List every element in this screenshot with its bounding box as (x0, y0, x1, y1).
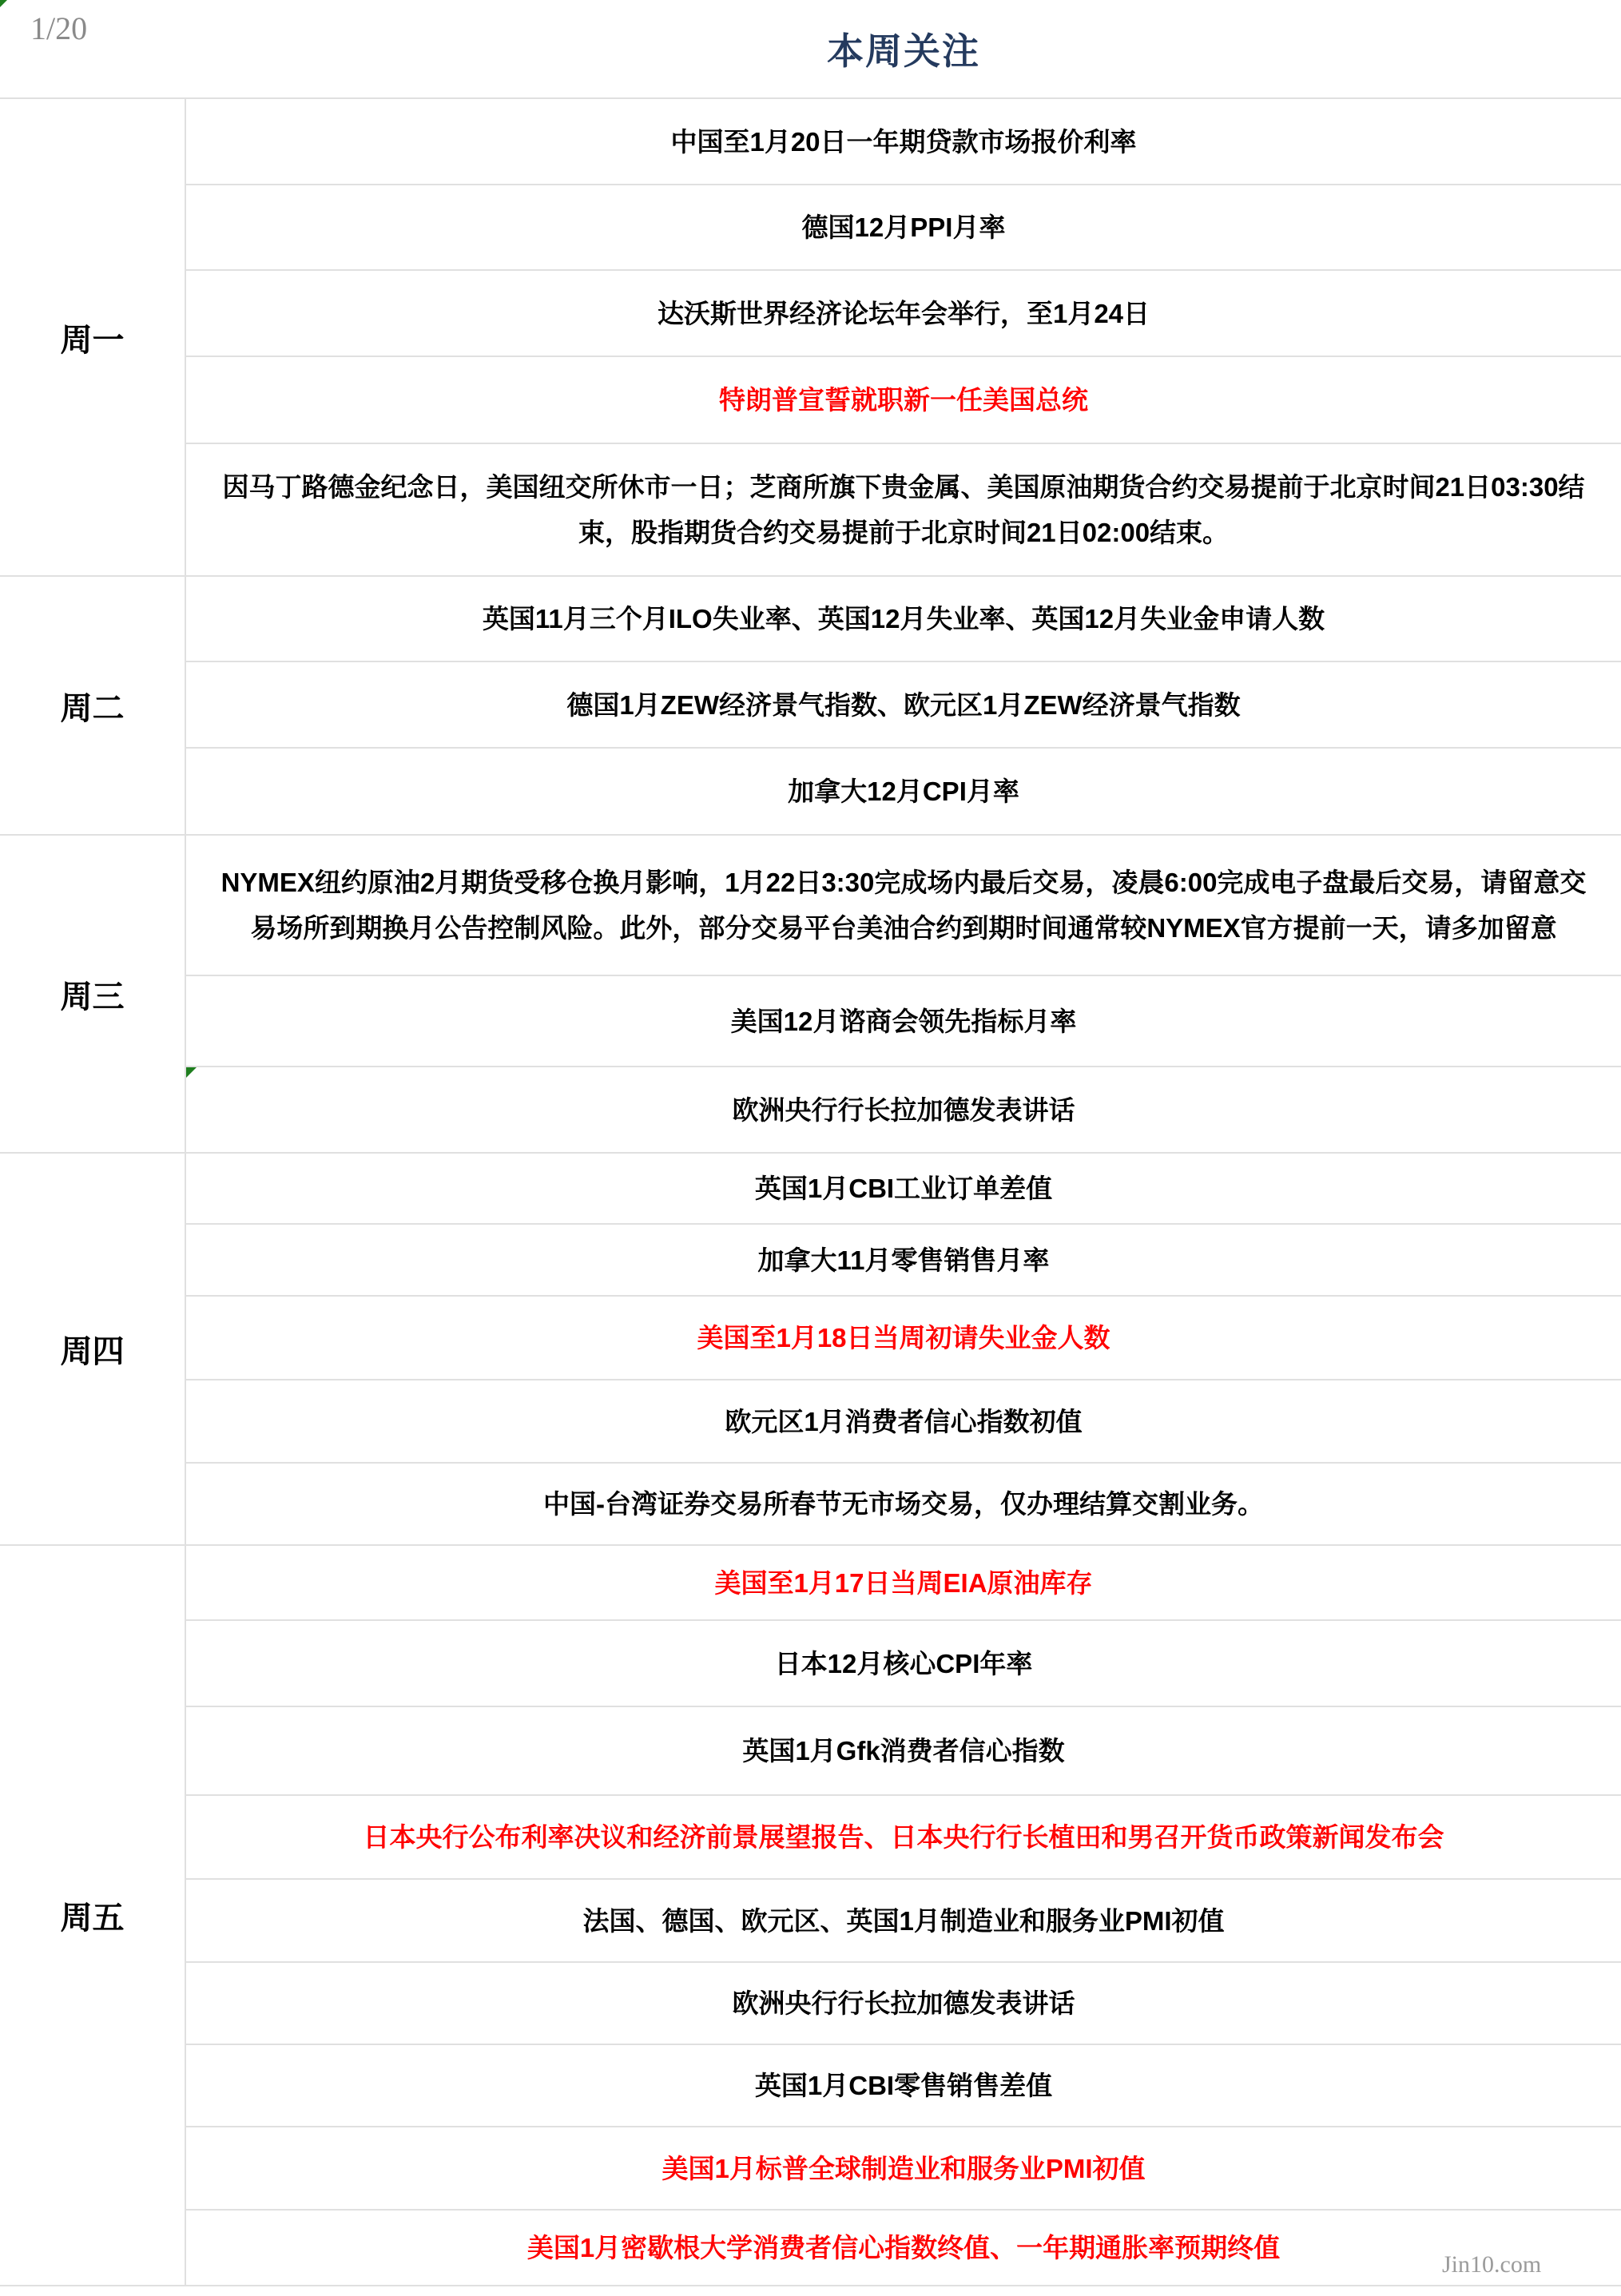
event-row: 达沃斯世界经济论坛年会举行，至1月24日 (186, 271, 1621, 357)
event-text: 英国1月Gfk消费者信心指数 (742, 1728, 1064, 1774)
event-text: 英国11月三个月ILO失业率、英国12月失业率、英国12月失业金申请人数 (483, 596, 1325, 642)
day-section-wednesday: 周三 NYMEX纽约原油2月期货受移仓换月影响，1月22日3:30完成场内最后交… (0, 836, 1621, 1154)
event-row: 英国1月CBI工业订单差值 (186, 1154, 1621, 1225)
event-row: 德国12月PPI月率 (186, 185, 1621, 271)
event-row: 欧洲央行行长拉加德发表讲话 (186, 1067, 1621, 1152)
events-column: 美国至1月17日当周EIA原油库存 日本12月核心CPI年率 英国1月Gfk消费… (186, 1546, 1621, 2285)
event-row: 加拿大11月零售销售月率 (186, 1225, 1621, 1297)
events-column: 英国11月三个月ILO失业率、英国12月失业率、英国12月失业金申请人数 德国1… (186, 577, 1621, 834)
event-text: 法国、德国、欧元区、英国1月制造业和服务业PMI初值 (582, 1898, 1224, 1944)
event-text-highlighted: 日本央行公布利率决议和经济前景展望报告、日本央行行长植田和男召开货币政策新闻发布… (364, 1814, 1444, 1860)
event-text-highlighted: 美国至1月18日当周初请失业金人数 (697, 1315, 1110, 1361)
day-section-thursday: 周四 英国1月CBI工业订单差值 加拿大11月零售销售月率 美国至1月18日当周… (0, 1154, 1621, 1546)
event-text: 中国至1月20日一年期贷款市场报价利率 (670, 119, 1136, 165)
day-section-tuesday: 周二 英国11月三个月ILO失业率、英国12月失业率、英国12月失业金申请人数 … (0, 577, 1621, 836)
event-row: 美国12月谘商会领先指标月率 (186, 976, 1621, 1067)
event-text: 日本12月核心CPI年率 (775, 1641, 1033, 1686)
event-text-highlighted: 美国1月标普全球制造业和服务业PMI初值 (662, 2146, 1145, 2191)
event-row: 因马丁路德金纪念日，美国纽交所休市一日；芝商所旗下贵金属、美国原油期货合约交易提… (186, 444, 1621, 575)
event-text: 英国1月CBI工业订单差值 (755, 1166, 1052, 1211)
page-number: 1/20 (30, 10, 87, 47)
event-row: 欧洲央行行长拉加德发表讲话 (186, 1963, 1621, 2045)
event-text: 欧洲央行行长拉加德发表讲话 (733, 1087, 1075, 1133)
day-label-friday: 周五 (0, 1546, 186, 2285)
day-label-tuesday: 周二 (0, 577, 186, 834)
event-row: 特朗普宣誓就职新一任美国总统 (186, 357, 1621, 444)
event-text: 欧洲央行行长拉加德发表讲话 (733, 1980, 1075, 2026)
event-row: 美国至1月18日当周初请失业金人数 (186, 1297, 1621, 1380)
event-row: 法国、德国、欧元区、英国1月制造业和服务业PMI初值 (186, 1880, 1621, 1963)
event-text: 加拿大11月零售销售月率 (758, 1237, 1050, 1283)
site-watermark: Jin10.com (1442, 2251, 1541, 2278)
event-text: 加拿大12月CPI月率 (788, 769, 1019, 814)
event-row: 日本央行公布利率决议和经济前景展望报告、日本央行行长植田和男召开货币政策新闻发布… (186, 1796, 1621, 1880)
day-label-monday: 周一 (0, 99, 186, 575)
event-text: 中国-台湾证券交易所春节无市场交易，仅办理结算交割业务。 (543, 1481, 1264, 1527)
event-text: 英国1月CBI零售销售差值 (755, 2063, 1052, 2108)
event-row: 中国至1月20日一年期贷款市场报价利率 (186, 99, 1621, 185)
event-text: 德国1月ZEW经济景气指数、欧元区1月ZEW经济景气指数 (566, 682, 1240, 728)
day-section-friday: 周五 美国至1月17日当周EIA原油库存 日本12月核心CPI年率 英国1月Gf… (0, 1546, 1621, 2286)
events-column: 英国1月CBI工业订单差值 加拿大11月零售销售月率 美国至1月18日当周初请失… (186, 1154, 1621, 1544)
event-text: NYMEX纽约原油2月期货受移仓换月影响，1月22日3:30完成场内最后交易，凌… (218, 860, 1589, 951)
event-row: 美国1月标普全球制造业和服务业PMI初值 (186, 2127, 1621, 2211)
event-row: 中国-台湾证券交易所春节无市场交易，仅办理结算交割业务。 (186, 1464, 1621, 1544)
event-text: 达沃斯世界经济论坛年会举行，至1月24日 (658, 291, 1150, 336)
event-row: 加拿大12月CPI月率 (186, 749, 1621, 834)
day-section-monday: 周一 中国至1月20日一年期贷款市场报价利率 德国12月PPI月率 达沃斯世界经… (0, 99, 1621, 577)
event-row: 英国11月三个月ILO失业率、英国12月失业率、英国12月失业金申请人数 (186, 577, 1621, 662)
sheet-corner-indicator-icon (0, 0, 7, 7)
event-row: 德国1月ZEW经济景气指数、欧元区1月ZEW经济景气指数 (186, 662, 1621, 749)
event-text-highlighted: 特朗普宣誓就职新一任美国总统 (719, 377, 1088, 423)
event-row: 英国1月Gfk消费者信心指数 (186, 1707, 1621, 1796)
events-column: NYMEX纽约原油2月期货受移仓换月影响，1月22日3:30完成场内最后交易，凌… (186, 836, 1621, 1152)
event-text: 欧元区1月消费者信心指数初值 (725, 1399, 1082, 1444)
events-column: 中国至1月20日一年期贷款市场报价利率 德国12月PPI月率 达沃斯世界经济论坛… (186, 99, 1621, 575)
event-row: 美国至1月17日当周EIA原油库存 (186, 1546, 1621, 1621)
event-text-highlighted: 美国至1月17日当周EIA原油库存 (714, 1560, 1092, 1606)
event-text-highlighted: 美国1月密歇根大学消费者信心指数终值、一年期通胀率预期终值 (527, 2225, 1280, 2270)
cell-corner-indicator-icon (186, 1067, 197, 1078)
event-row: NYMEX纽约原油2月期货受移仓换月影响，1月22日3:30完成场内最后交易，凌… (186, 836, 1621, 976)
event-text: 美国12月谘商会领先指标月率 (731, 999, 1077, 1044)
event-text: 因马丁路德金纪念日，美国纽交所休市一日；芝商所旗下贵金属、美国原油期货合约交易提… (218, 464, 1589, 555)
event-row: 日本12月核心CPI年率 (186, 1621, 1621, 1707)
title-row: 1/20 本周关注 (0, 0, 1621, 99)
day-label-wednesday: 周三 (0, 836, 186, 1152)
event-row: 英国1月CBI零售销售差值 (186, 2045, 1621, 2127)
page-title: 本周关注 (827, 22, 980, 75)
event-text: 德国12月PPI月率 (802, 205, 1006, 250)
event-row: 欧元区1月消费者信心指数初值 (186, 1380, 1621, 1464)
day-label-thursday: 周四 (0, 1154, 186, 1544)
event-row: 美国1月密歇根大学消费者信心指数终值、一年期通胀率预期终值 (186, 2211, 1621, 2285)
